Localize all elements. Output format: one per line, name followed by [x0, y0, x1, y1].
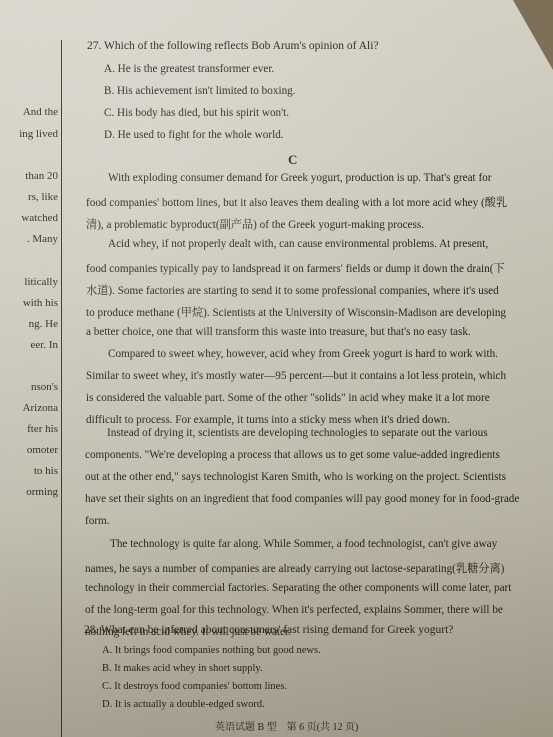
passage-line: out at the other end," says technologist…: [85, 471, 506, 483]
passage-line: of the long-term goal for this technolog…: [85, 604, 503, 616]
exam-paper: And the ing lived than 20 rs, like watch…: [0, 0, 553, 737]
question-stem: 27. Which of the following reflects Bob …: [87, 40, 379, 52]
passage-line: Instead of drying it, scientists are dev…: [107, 427, 488, 439]
passage-line: The technology is quite far along. While…: [110, 538, 497, 550]
passage-line: a better choice, one that will transform…: [86, 326, 471, 338]
passage-line: difficult to process. For example, it tu…: [86, 414, 450, 426]
left-fragment: watched: [21, 213, 58, 224]
left-fragment: fter his: [27, 424, 58, 435]
passage-line: Compared to sweet whey, however, acid wh…: [108, 348, 498, 360]
left-fragment: litically: [24, 277, 58, 288]
answer-option: A. He is the greatest transformer ever.: [104, 63, 274, 75]
passage-line: 清), a problematic byproduct(副产品) of the …: [86, 216, 424, 232]
passage-line: food companies' bottom lines, but it als…: [86, 194, 507, 210]
left-fragment: eer. In: [31, 340, 58, 351]
left-fragment: with his: [23, 298, 58, 309]
passage-line: form.: [85, 515, 110, 527]
left-fragment: to his: [34, 466, 58, 477]
passage-line: 水道). Some factories are starting to send…: [86, 282, 499, 298]
left-fragment: orming: [26, 487, 58, 498]
section-heading: C: [288, 152, 297, 168]
left-fragment: rs, like: [28, 192, 58, 203]
answer-option: D. He used to fight for the whole world.: [104, 129, 284, 141]
passage-line: With exploding consumer demand for Greek…: [108, 172, 492, 184]
passage-line: have set their sights on an ingredient t…: [85, 493, 519, 505]
answer-option: D. It is actually a double-edged sword.: [102, 699, 265, 710]
passage-line: is considered the valuable part. Some of…: [86, 392, 490, 404]
column-divider: [61, 40, 62, 737]
left-fragment: ng. He: [29, 319, 58, 330]
left-fragment: Arizona: [23, 403, 58, 414]
passage-line: to produce methane (甲烷). Scientists at t…: [86, 304, 506, 320]
background-corner: [513, 0, 553, 70]
passage-line: food companies typically pay to landspre…: [86, 260, 505, 276]
passage-line: Similar to sweet whey, it's mostly water…: [86, 370, 506, 382]
answer-option: C. It destroys food companies' bottom li…: [102, 681, 287, 692]
left-fragment: ing lived: [19, 129, 58, 140]
left-fragment: . Many: [27, 234, 58, 245]
answer-option: A. It brings food companies nothing but …: [102, 645, 321, 656]
answer-option: B. It makes acid whey in short supply.: [102, 663, 263, 674]
left-fragment: nson's: [31, 382, 58, 393]
question-stem: 28. What can be inferred about consumers…: [84, 624, 453, 636]
passage-line: technology in their commercial factories…: [85, 582, 511, 594]
page-footer: 英语试题 B 型 第 6 页(共 12 页): [215, 718, 358, 733]
answer-option: C. His body has died, but his spirit won…: [104, 107, 289, 119]
left-fragment: than 20: [25, 171, 58, 182]
left-fragment: omoter: [27, 445, 58, 456]
passage-line: components. "We're developing a process …: [85, 449, 500, 461]
passage-line: Acid whey, if not properly dealt with, c…: [108, 238, 488, 250]
passage-line: names, he says a number of companies are…: [85, 560, 504, 576]
answer-option: B. His achievement isn't limited to boxi…: [104, 85, 296, 97]
left-fragment: And the: [23, 107, 58, 118]
